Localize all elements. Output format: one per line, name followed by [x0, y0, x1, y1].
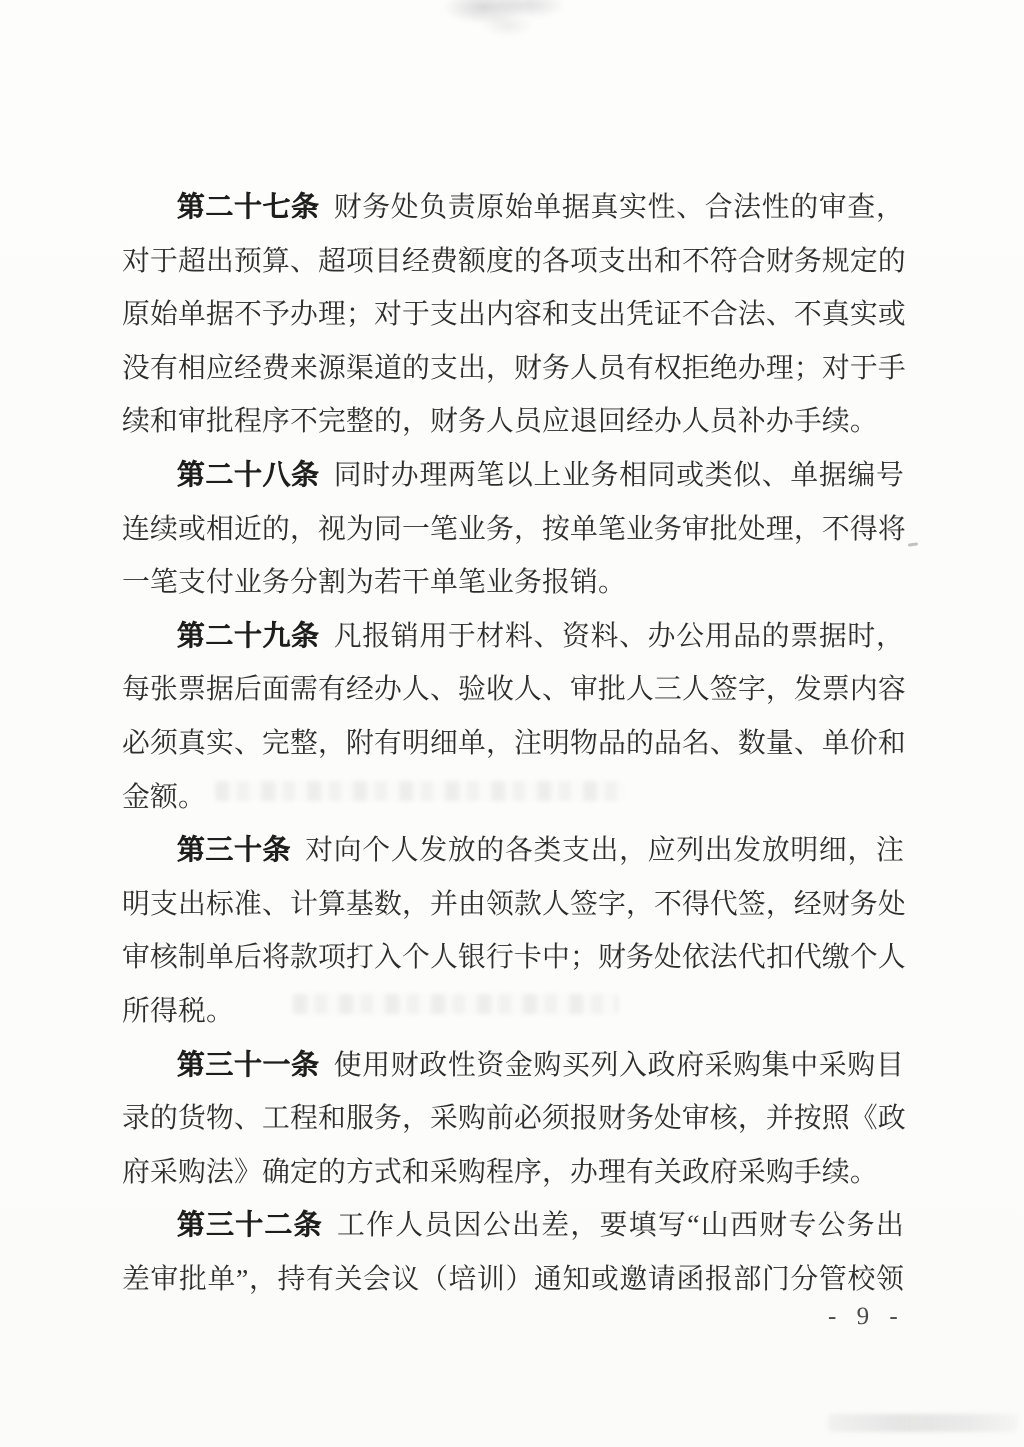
article-text: 凡报销用于材料、资料、办公用品的票据时，	[334, 621, 904, 652]
article-line: 每张票据后面需有经办人、验收人、审批人三人签字，发票内容	[122, 663, 904, 717]
article-line: 第二十九条凡报销用于材料、资料、办公用品的票据时，	[122, 610, 904, 664]
document-body: 第二十七条财务处负责原始单据真实性、合法性的审查， 对于超出预算、超项目经费额度…	[122, 181, 904, 1306]
scan-smudge-bottom	[828, 1414, 1018, 1432]
article-line: 录的货物、工程和服务，采购前必须报财务处审核，并按照《政	[122, 1092, 904, 1146]
article-31: 第三十一条使用财政性资金购买列入政府采购集中采购目 录的货物、工程和服务，采购前…	[122, 1039, 904, 1200]
article-heading: 第三十条	[177, 835, 291, 866]
article-line: 差审批单”，持有关会议（培训）通知或邀请函报部门分管校领	[122, 1253, 904, 1307]
scan-speck	[908, 542, 918, 546]
article-line: 续和审批程序不完整的，财务人员应退回经办人员补办手续。	[122, 395, 904, 449]
article-32: 第三十二条工作人员因公出差，要填写“山西财专公务出 差审批单”，持有关会议（培训…	[122, 1199, 904, 1306]
article-27: 第二十七条财务处负责原始单据真实性、合法性的审查， 对于超出预算、超项目经费额度…	[122, 181, 904, 449]
article-text: 对向个人发放的各类支出，应列出发放明细，注	[305, 835, 904, 866]
article-line: 对于超出预算、超项目经费额度的各项支出和不符合财务规定的	[122, 235, 904, 289]
article-line: 第三十二条工作人员因公出差，要填写“山西财专公务出	[122, 1199, 904, 1253]
article-heading: 第二十七条	[177, 192, 320, 223]
article-text: 使用财政性资金购买列入政府采购集中采购目	[334, 1050, 904, 1081]
article-heading: 第二十八条	[177, 460, 320, 491]
article-text: 财务处负责原始单据真实性、合法性的审查，	[334, 192, 904, 223]
scan-bleedthrough-text	[215, 781, 625, 801]
article-line: 没有相应经费来源渠道的支出，财务人员有权拒绝办理；对于手	[122, 342, 904, 396]
article-line: 府采购法》确定的方式和采购程序，办理有关政府采购手续。	[122, 1146, 904, 1200]
article-heading: 第三十二条	[177, 1210, 323, 1241]
article-28: 第二十八条同时办理两笔以上业务相同或类似、单据编号 连续或相近的，视为同一笔业务…	[122, 449, 904, 610]
article-line: 第三十条对向个人发放的各类支出，应列出发放明细，注	[122, 824, 904, 878]
article-line: 第二十八条同时办理两笔以上业务相同或类似、单据编号	[122, 449, 904, 503]
article-heading: 第二十九条	[177, 621, 320, 652]
article-line: 原始单据不予办理；对于支出内容和支出凭证不合法、不真实或	[122, 288, 904, 342]
article-line: 一笔支付业务分割为若干单笔业务报销。	[122, 556, 904, 610]
article-line: 必须真实、完整，附有明细单，注明物品的品名、数量、单价和	[122, 717, 904, 771]
scanned-document-page: 第二十七条财务处负责原始单据真实性、合法性的审查， 对于超出预算、超项目经费额度…	[0, 0, 1024, 1447]
article-line: 明支出标准、计算基数，并由领款人签字，不得代签，经财务处	[122, 878, 904, 932]
article-text: 同时办理两笔以上业务相同或类似、单据编号	[334, 460, 904, 491]
article-line: 审核制单后将款项打入个人银行卡中；财务处依法代扣代缴个人	[122, 931, 904, 985]
article-heading: 第三十一条	[177, 1050, 320, 1081]
page-number: - 9 -	[828, 1303, 905, 1331]
article-line: 第二十七条财务处负责原始单据真实性、合法性的审查，	[122, 181, 904, 235]
article-line: 连续或相近的，视为同一笔业务，按单笔业务审批处理，不得将	[122, 503, 904, 557]
scan-smudge-top	[432, 0, 582, 38]
article-text: 工作人员因公出差，要填写“山西财专公务出	[337, 1210, 904, 1241]
article-line: 第三十一条使用财政性资金购买列入政府采购集中采购目	[122, 1039, 904, 1093]
scan-bleedthrough-text	[293, 994, 618, 1014]
